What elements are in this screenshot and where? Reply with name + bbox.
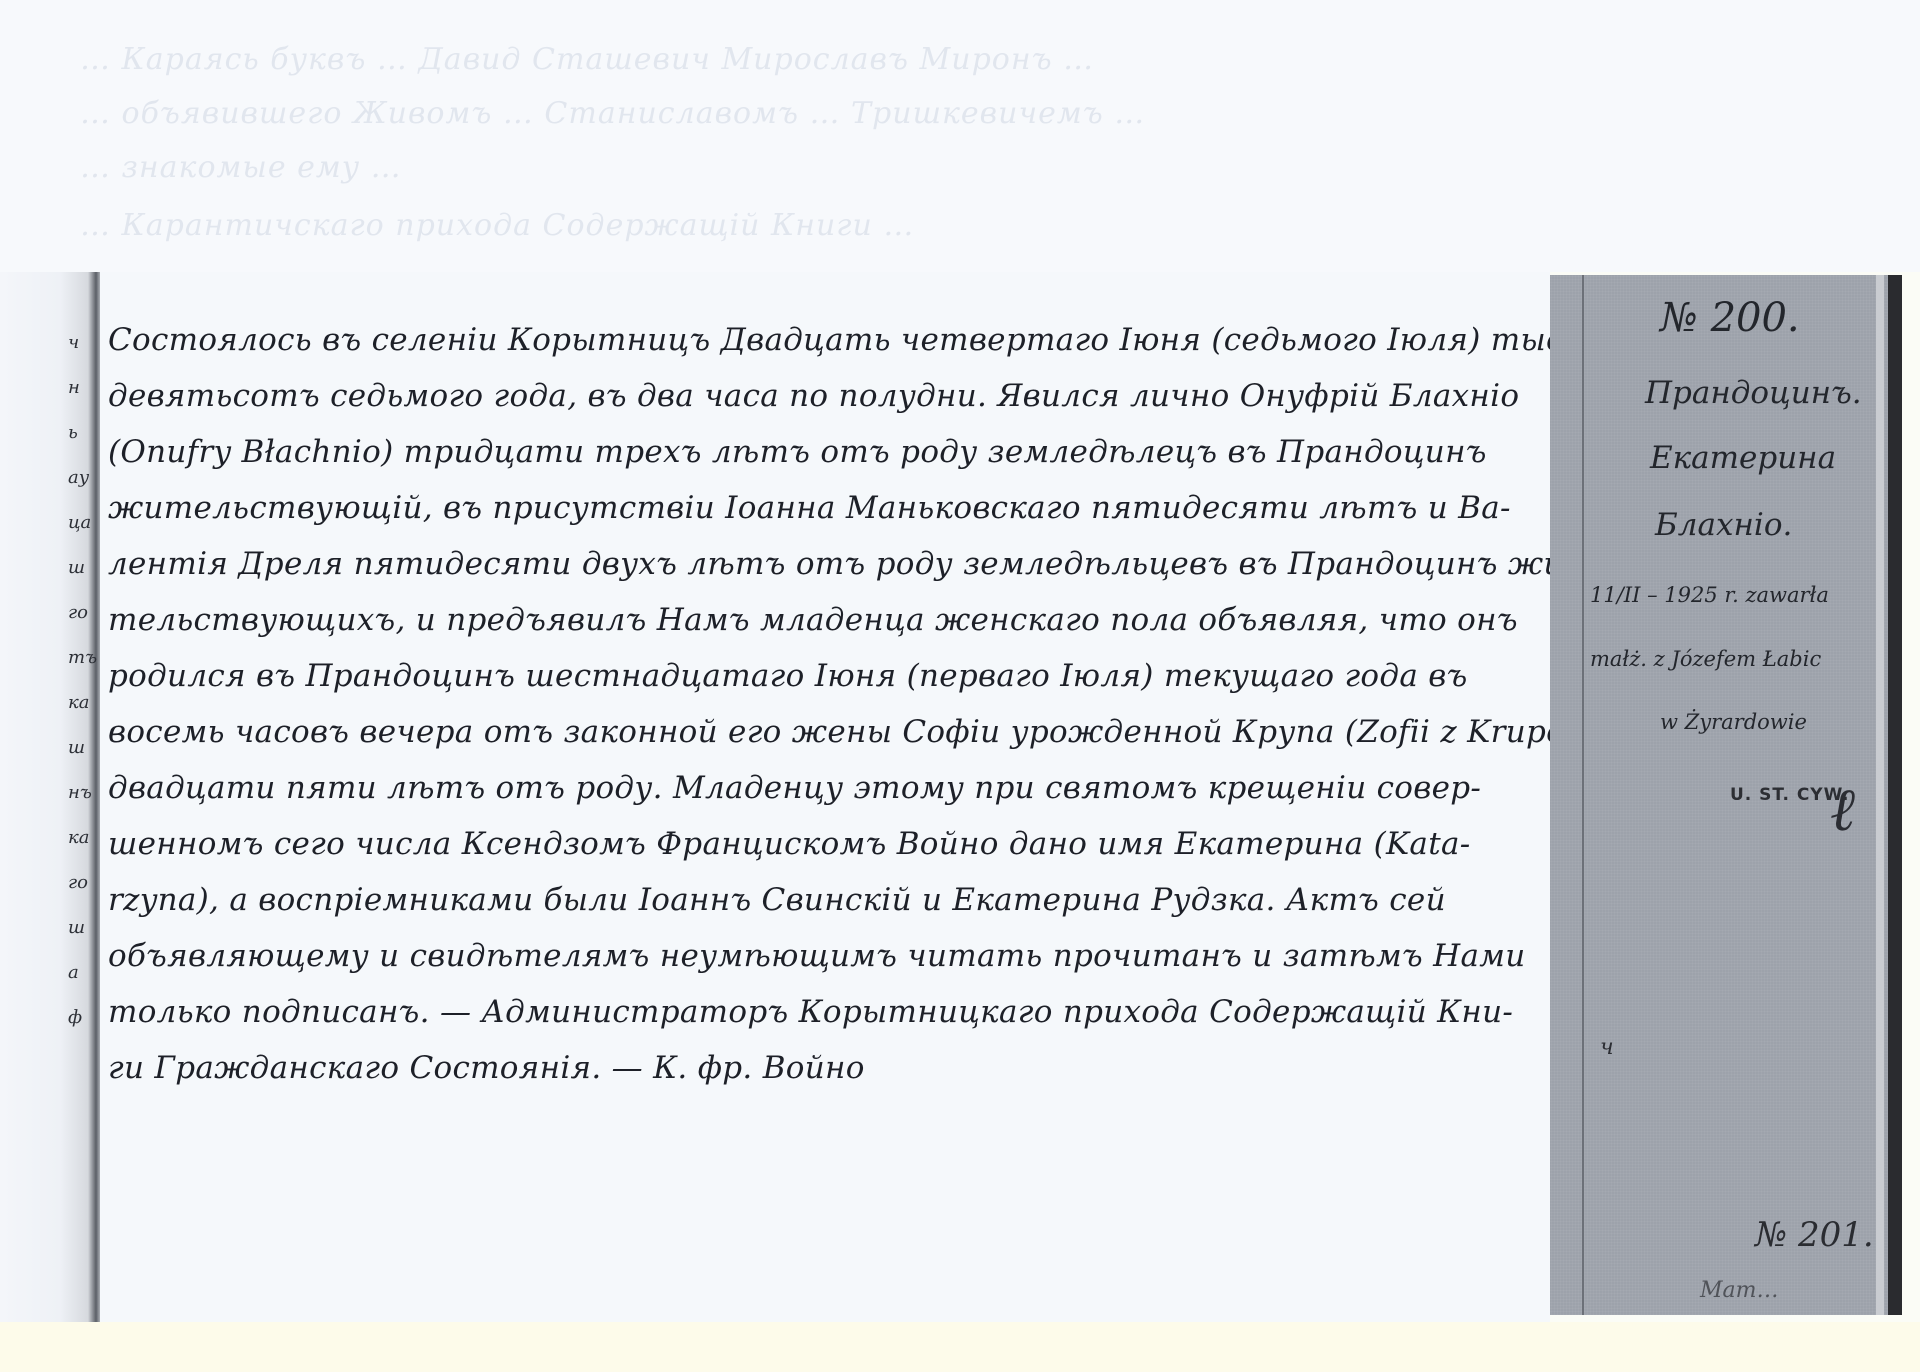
margin-place: Прандоцинъ. [1645, 375, 1862, 411]
record-line: восемь часовъ вечера отъ законной его же… [108, 704, 1568, 760]
margin-rule [1582, 275, 1584, 1315]
margin-surname: Блахнiо. [1655, 507, 1792, 543]
record-line: Состоялось въ селенiи Корытницъ Двадцать… [108, 312, 1568, 368]
marriage-annotation-place: w Żyrardowie [1660, 710, 1807, 734]
record-line: лентiя Дреля пятидесяти двухъ лѣтъ отъ р… [108, 536, 1568, 592]
left-margin-fragments: ч н ь ау ца ш го тъ ка ш нъ ка го ш а ф [68, 320, 96, 1040]
ghost-text-line: … знакомые ему … [80, 150, 402, 185]
margin-tick-mark: ч [1600, 1035, 1614, 1060]
record-line: (Onufry Błachnio) тридцати трехъ лѣтъ от… [108, 424, 1568, 480]
scan-shadow [1888, 275, 1902, 1315]
page-edge [1876, 275, 1884, 1315]
record-line: объявляющему и свидѣтелямъ неумѣющимъ чи… [108, 928, 1568, 984]
record-line: двадцати пяти лѣтъ отъ роду. Младенцу эт… [108, 760, 1568, 816]
previous-page-bleed-area: … Караясь буквъ … Давид Сташевич Миросла… [0, 0, 1920, 272]
ghost-text-line: … Карантичскаго прихода Содержащiй Книги… [80, 208, 914, 243]
record-line: девятьсотъ седьмого года, въ два часа по… [108, 368, 1568, 424]
record-body: Состоялось въ селенiи Корытницъ Двадцать… [108, 312, 1568, 1096]
record-line: только подписанъ. — Администраторъ Корыт… [108, 984, 1568, 1040]
entry-number: № 200. [1660, 295, 1800, 341]
record-line: тельствующихъ, и предъявилъ Намъ младенц… [108, 592, 1568, 648]
next-entry-fragment: Мат… [1700, 1278, 1779, 1303]
marriage-annotation-date: 11/II – 1925 r. zawarła [1590, 583, 1829, 607]
record-line: шенномъ сего числа Ксендзомъ Францискомъ… [108, 816, 1568, 872]
ghost-text-line: … Караясь буквъ … Давид Сташевич Миросла… [80, 42, 1094, 77]
marriage-annotation-spouse: małż. z Józefem Łabic [1590, 647, 1821, 671]
right-margin-strip: № 200. Прандоцинъ. Екатерина Блахнiо. 11… [1550, 275, 1902, 1315]
record-line: rzyna), а воспрiемниками были Iоаннъ Сви… [108, 872, 1568, 928]
scanner-bed-edge [0, 1322, 1920, 1372]
margin-given-name: Екатерина [1650, 440, 1836, 476]
clerk-initials-mark: ℓ [1830, 775, 1855, 845]
record-line: ги Гражданскаго Состоянiя. — К. фр. Войн… [108, 1040, 1568, 1096]
record-line: родился въ Прандоцинъ шестнадцатаго Iюня… [108, 648, 1568, 704]
ghost-text-line: … объявившего Живомъ … Станиславомъ … Тр… [80, 96, 1145, 131]
next-entry-number: № 201. [1755, 1215, 1874, 1255]
record-line: жительствующiй, въ присутствiи Iоанна Ма… [108, 480, 1568, 536]
